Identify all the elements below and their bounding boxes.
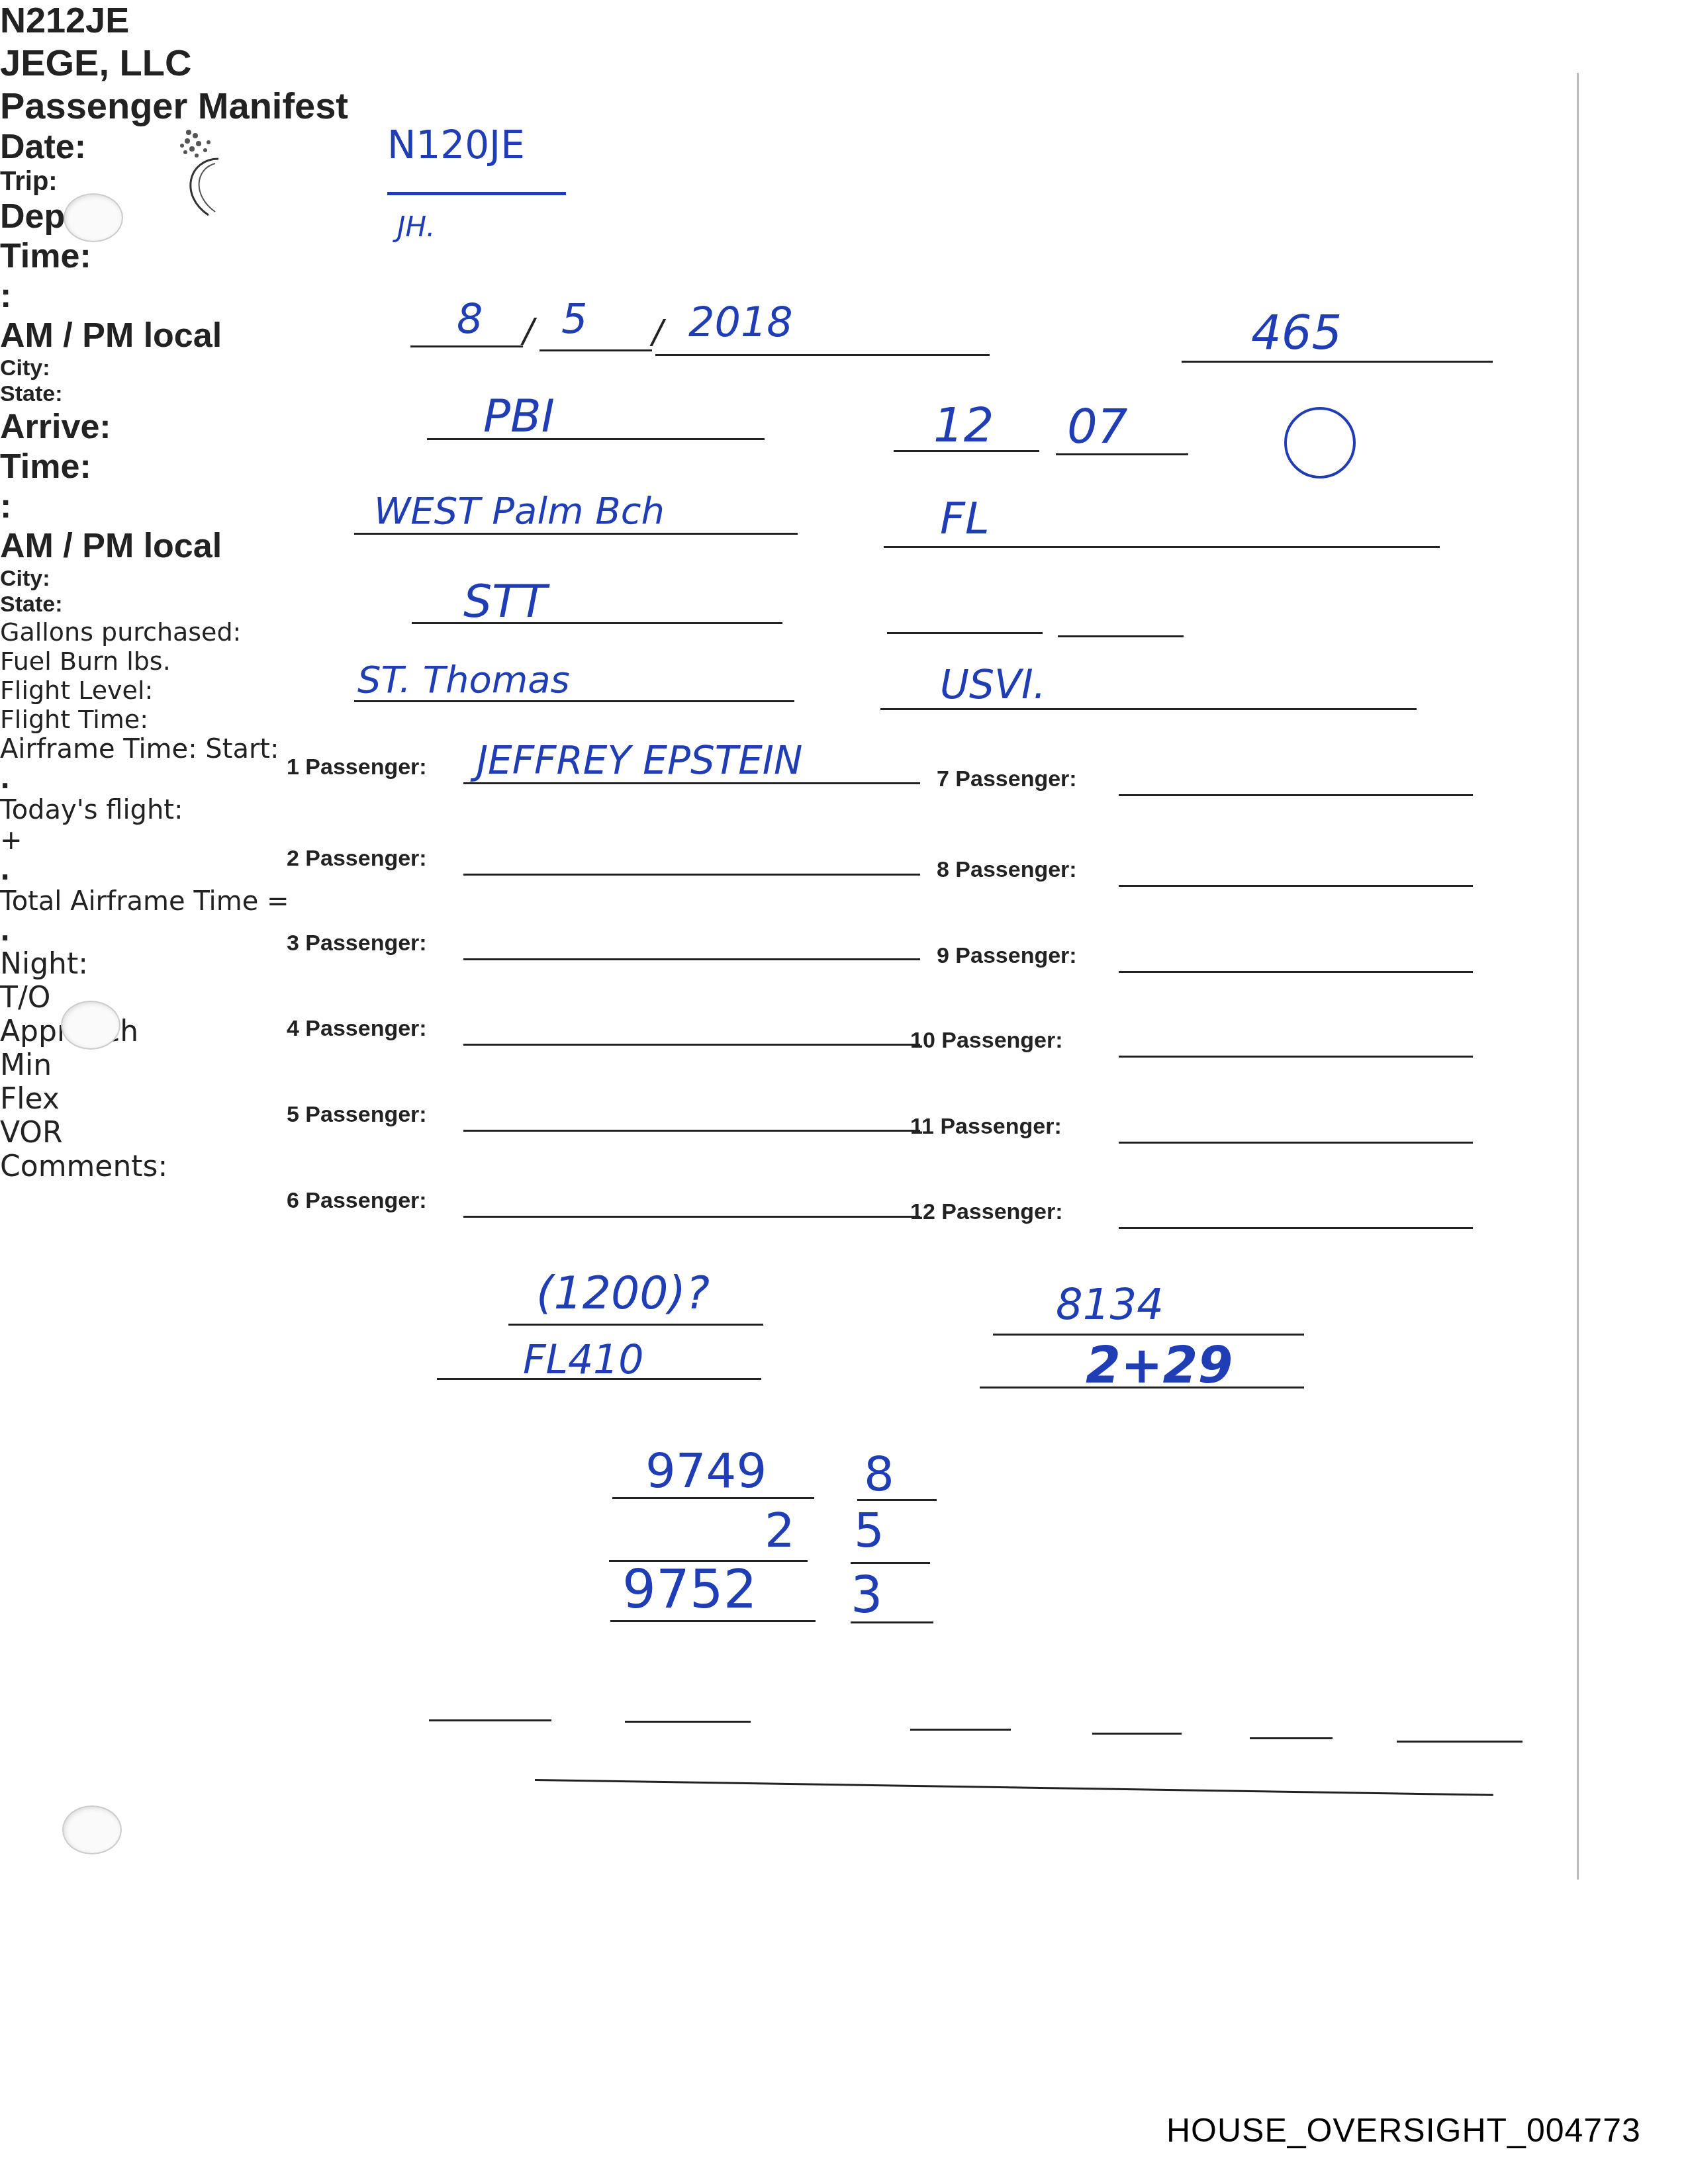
- arrive-state: USVI.: [940, 662, 1046, 708]
- comments-field[interactable]: [535, 1779, 1493, 1796]
- passenger-12-field[interactable]: [1119, 1227, 1473, 1229]
- bates-number: HOUSE_OVERSIGHT_004773: [1166, 2111, 1641, 2150]
- date-month-field[interactable]: [410, 345, 523, 347]
- min-field[interactable]: [1092, 1733, 1182, 1735]
- fuel-burn-value: 8134: [1056, 1281, 1164, 1330]
- date-sep-1: /: [523, 311, 534, 349]
- passenger-5-field[interactable]: [463, 1130, 920, 1132]
- passenger-7-label: 7 Passenger:: [937, 766, 1077, 792]
- arrive-hour-field[interactable]: [887, 632, 1043, 634]
- passenger-12-label: 12 Passenger:: [910, 1199, 1063, 1225]
- depart-city: WEST Palm Bch: [374, 490, 665, 533]
- passenger-2-field[interactable]: [463, 874, 920, 876]
- airframe-start-tenth: 8: [864, 1446, 894, 1502]
- company-logo-icon: [169, 122, 242, 222]
- arrive-minute-field[interactable]: [1058, 635, 1184, 637]
- tail-number-handwritten: N120JE: [387, 122, 525, 167]
- airframe-start-whole: 9749: [645, 1443, 767, 1498]
- passenger-4-label: 4 Passenger:: [287, 1016, 427, 1042]
- arrive-state-field[interactable]: [880, 708, 1417, 710]
- tail-number-strikeout: [387, 192, 566, 195]
- punch-hole-top: [64, 193, 123, 242]
- tail-number-printed: N212JE: [0, 0, 1688, 41]
- total-airframe-label: Total Airframe Time =: [0, 886, 1688, 917]
- date-year: 2018: [688, 298, 793, 346]
- passenger-1-label: 1 Passenger:: [287, 754, 427, 780]
- depart-state-label: State:: [0, 381, 1688, 407]
- passenger-6-label: 6 Passenger:: [287, 1188, 427, 1214]
- night-label: Night:: [0, 947, 1688, 981]
- passenger-9-label: 9 Passenger:: [937, 943, 1077, 969]
- approach-field[interactable]: [910, 1729, 1011, 1731]
- flight-time-label: Flight Time:: [0, 705, 1688, 734]
- company-name: JEGE, LLC: [0, 41, 1688, 84]
- trip-value: 465: [1251, 304, 1342, 360]
- passenger-2-label: 2 Passenger:: [287, 846, 427, 872]
- night-field[interactable]: [429, 1719, 551, 1721]
- date-month: 8: [457, 295, 483, 343]
- takeoff-field[interactable]: [625, 1721, 751, 1723]
- passenger-6-field[interactable]: [463, 1216, 920, 1218]
- passenger-8-field[interactable]: [1119, 885, 1473, 887]
- passenger-7-field[interactable]: [1119, 794, 1473, 796]
- todays-flight-tenth: 5: [854, 1502, 884, 1558]
- page-title: Passenger Manifest: [0, 84, 1688, 127]
- passenger-11-field[interactable]: [1119, 1142, 1473, 1144]
- todays-flight-whole: 2: [765, 1502, 795, 1558]
- arrive-time-label: Time:: [0, 447, 1688, 486]
- arrive-state-label: State:: [0, 592, 1688, 617]
- flex-field[interactable]: [1250, 1737, 1333, 1739]
- vor-field[interactable]: [1397, 1741, 1523, 1743]
- total-airframe-whole: 9752: [622, 1559, 757, 1620]
- depart-minute: 07: [1067, 398, 1128, 454]
- arrive-city: ST. Thomas: [357, 659, 570, 702]
- arrive-city-label: City:: [0, 566, 1688, 592]
- vor-label: VOR: [0, 1116, 1688, 1150]
- page-edge: [1577, 73, 1579, 1880]
- passenger-3-label: 3 Passenger:: [287, 931, 427, 956]
- flight-time-value: 2+29: [1086, 1336, 1233, 1394]
- todays-flight-tenth-field[interactable]: [851, 1562, 930, 1564]
- gallons-field[interactable]: [508, 1324, 763, 1326]
- date-label: Date:: [0, 127, 1688, 167]
- passenger-10-field[interactable]: [1119, 1056, 1473, 1058]
- total-airframe-dot: .: [0, 917, 1688, 947]
- arrive-label: Arrive:: [0, 407, 1688, 447]
- depart-field[interactable]: [427, 438, 765, 440]
- trip-label: Trip:: [0, 167, 1688, 197]
- depart-state-field[interactable]: [884, 546, 1440, 548]
- punch-hole-bottom: [62, 1805, 122, 1854]
- fuel-burn-label: Fuel Burn lbs.: [0, 647, 1688, 676]
- depart-value: PBI: [483, 390, 555, 443]
- total-airframe-whole-field[interactable]: [610, 1620, 816, 1622]
- passenger-3-field[interactable]: [463, 958, 920, 960]
- takeoff-label: T/O: [0, 981, 1688, 1015]
- min-label: Min: [0, 1048, 1688, 1082]
- date-day: 5: [561, 295, 587, 343]
- passenger-8-label: 8 Passenger:: [937, 857, 1077, 883]
- depart-hour: 12: [933, 397, 994, 453]
- todays-flight-dot: .: [0, 856, 1688, 886]
- flex-label: Flex: [0, 1082, 1688, 1116]
- passenger-11-label: 11 Passenger:: [910, 1114, 1062, 1140]
- passenger-5-label: 5 Passenger:: [287, 1102, 427, 1128]
- gallons-value: (1200)?: [536, 1267, 710, 1320]
- passenger-10-label: 10 Passenger:: [910, 1028, 1063, 1054]
- flight-level-label: Flight Level:: [0, 676, 1688, 705]
- passenger-1-name: JEFFREY EPSTEIN: [477, 738, 802, 783]
- depart-time-label: Time:: [0, 236, 1688, 276]
- todays-flight-plus: +: [0, 825, 1688, 856]
- total-airframe-tenth: 3: [851, 1565, 882, 1624]
- depart-city-label: City:: [0, 355, 1688, 381]
- todays-flight-label: Today's flight:: [0, 795, 1688, 825]
- arrive-value: STT: [463, 576, 547, 628]
- initials-handwritten: JH.: [397, 210, 435, 243]
- depart-ampm: AM / PM local: [0, 316, 1688, 355]
- depart-time-colon: :: [0, 276, 1688, 316]
- date-day-field[interactable]: [539, 349, 652, 351]
- depart-state: FL: [940, 493, 990, 544]
- depart-city-field[interactable]: [354, 533, 798, 535]
- pm-circled-mark: [1284, 407, 1356, 478]
- flight-level-value: FL410: [523, 1337, 643, 1383]
- airframe-start-dot: .: [0, 764, 1688, 795]
- passenger-9-field[interactable]: [1119, 971, 1473, 973]
- date-year-field[interactable]: [655, 354, 990, 356]
- punch-hole-middle: [61, 1001, 120, 1050]
- arrive-time-colon: :: [0, 486, 1688, 526]
- date-sep-2: /: [652, 312, 663, 351]
- passenger-4-field[interactable]: [463, 1044, 920, 1046]
- gallons-label: Gallons purchased:: [0, 617, 1688, 647]
- airframe-start-label: Airframe Time: Start:: [0, 734, 1688, 764]
- comments-label: Comments:: [0, 1150, 1688, 1183]
- depart-label: Depart:: [0, 197, 1688, 236]
- trip-field[interactable]: [1182, 361, 1493, 363]
